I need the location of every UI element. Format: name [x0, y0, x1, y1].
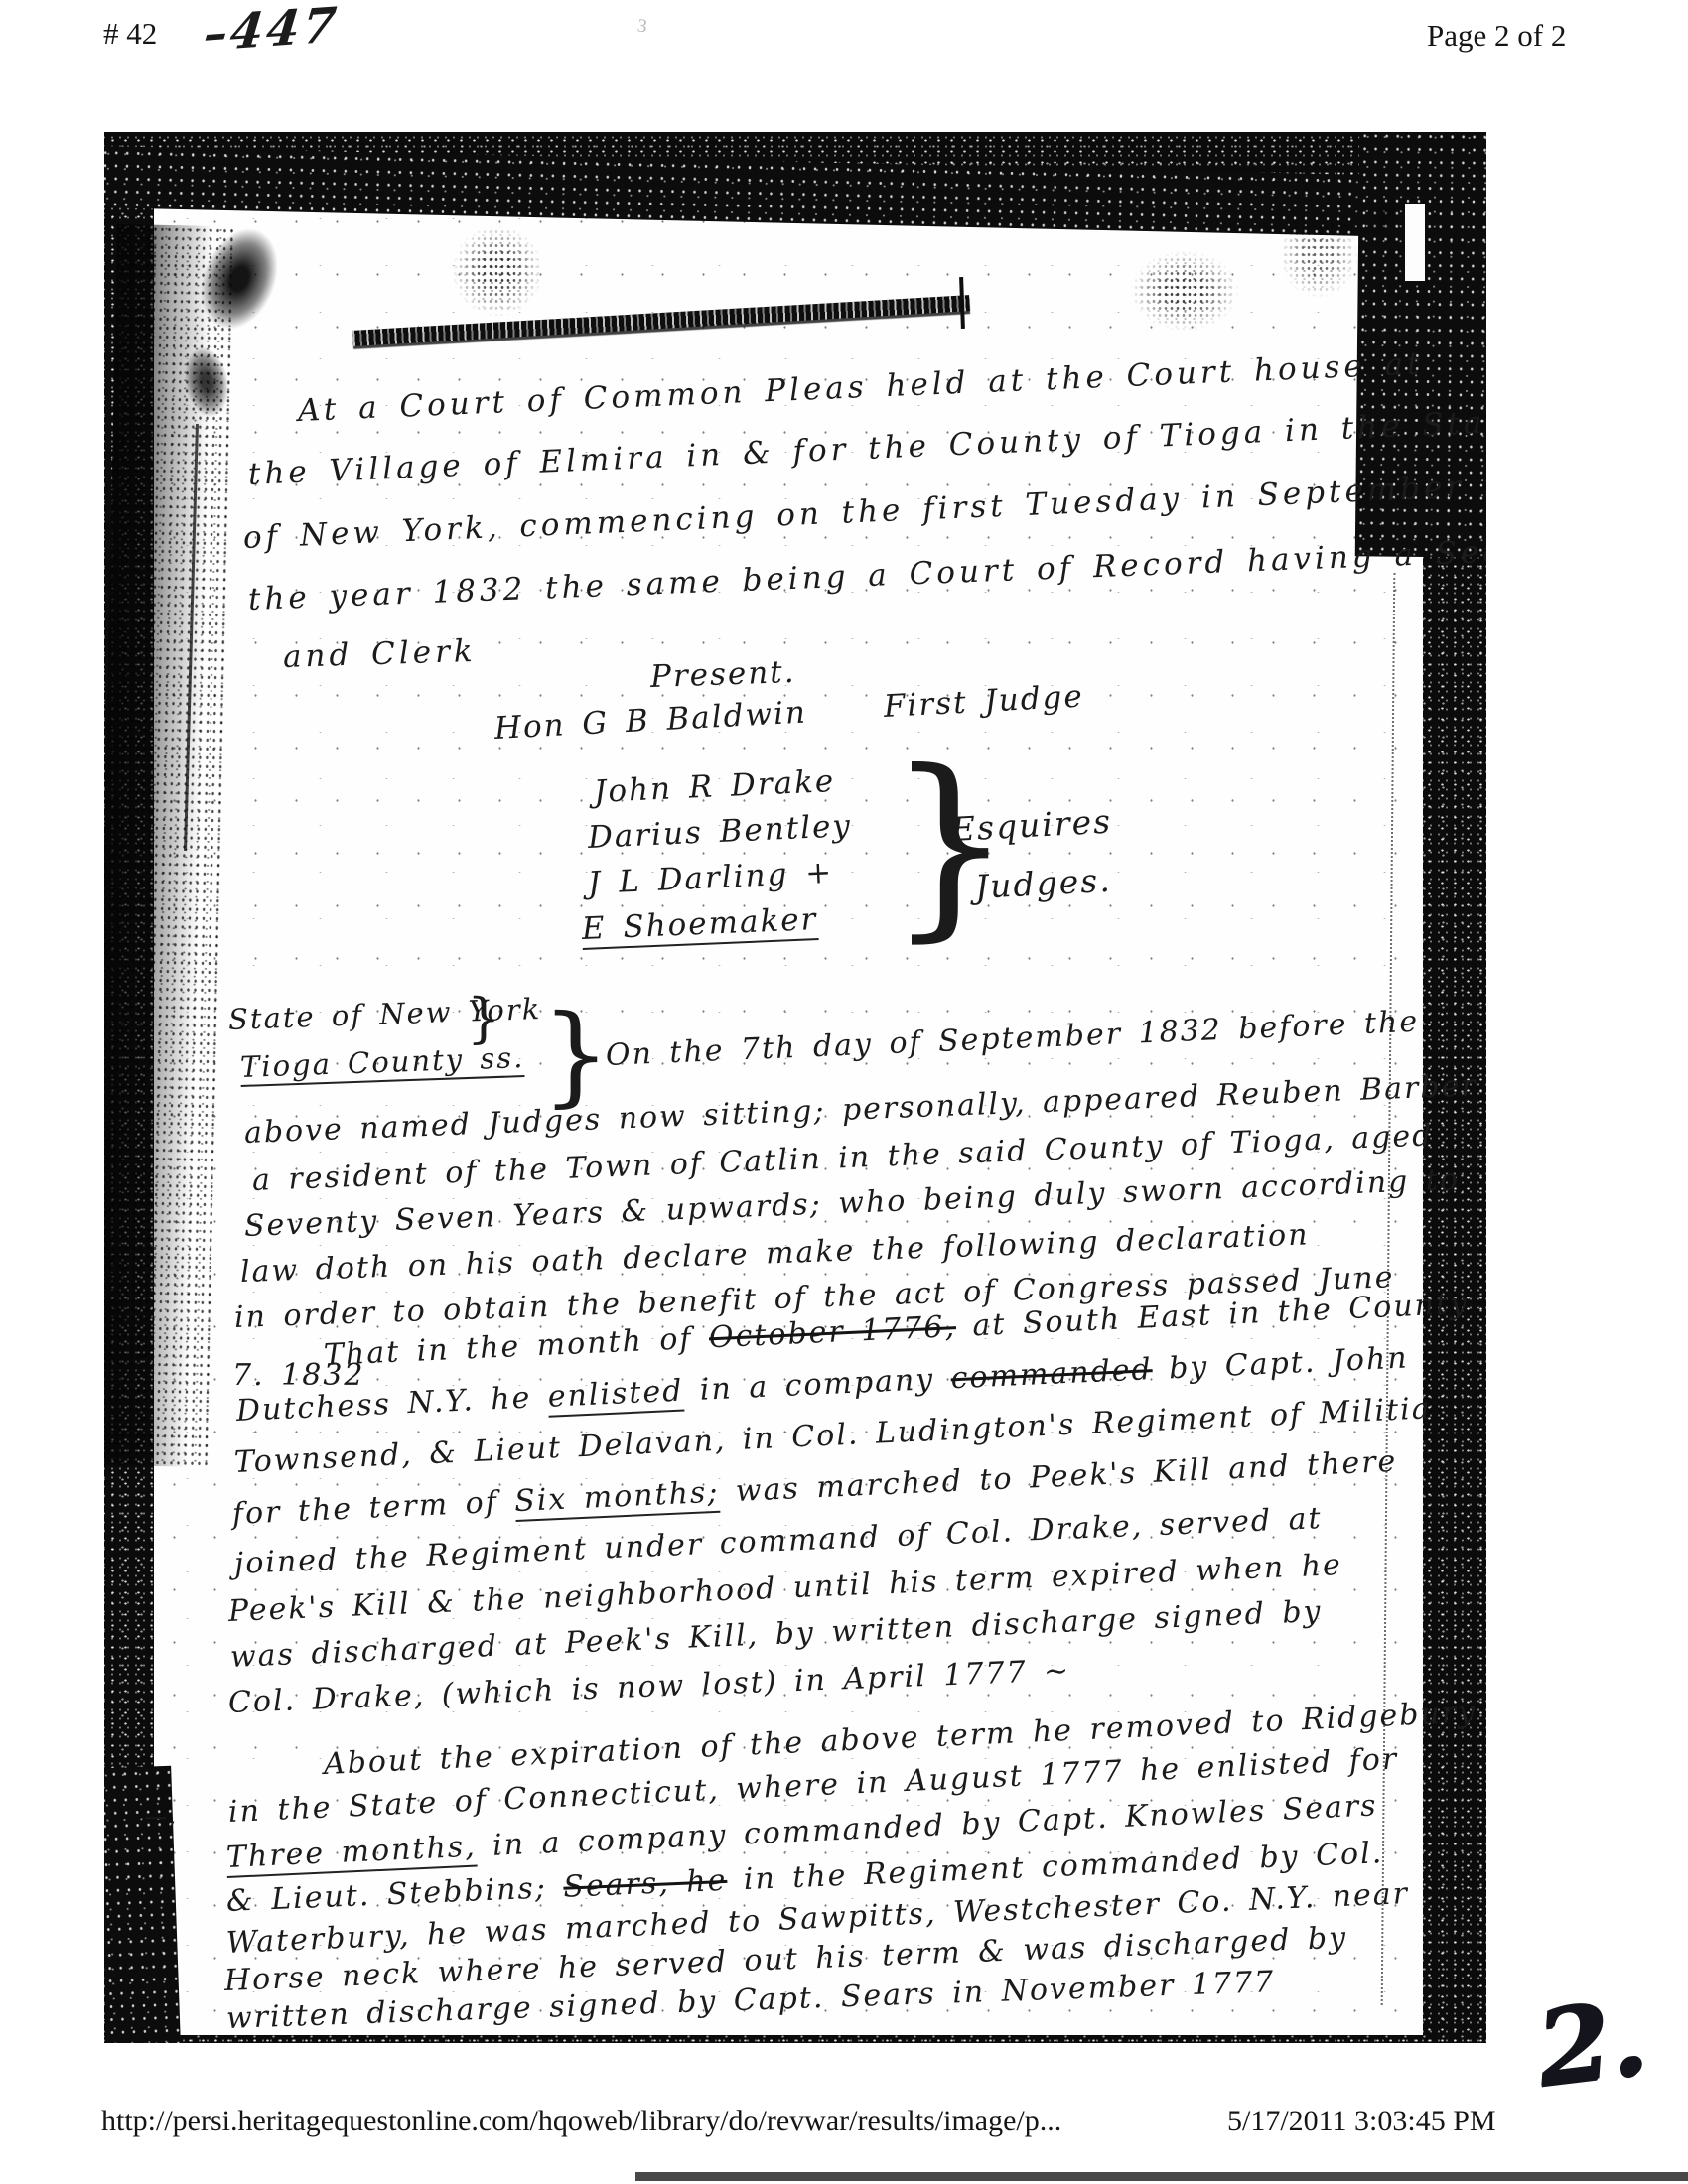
line-declaration-1: On the 7th day of September 1832 before …	[605, 1005, 1420, 1073]
line-judge-baldwin: Hon G B Baldwin	[493, 695, 808, 747]
line-judge-drake: John R Drake	[593, 763, 836, 810]
line-first-judge: First Judge	[883, 678, 1084, 725]
tape-bar-tick	[959, 277, 965, 329]
scan-edge-strip	[635, 2172, 1688, 2181]
line-judge-bentley: Darius Bentley	[587, 808, 852, 856]
line-esquires: Esquires	[950, 802, 1113, 849]
scan-corner-notch	[1405, 204, 1425, 281]
state-brace-large: }	[541, 1003, 611, 1107]
speckle-blob	[434, 207, 561, 335]
speckle-blob	[1264, 196, 1373, 315]
line-present: Present.	[649, 654, 796, 695]
margin-dash: —,	[145, 1805, 178, 1830]
scan-page: At a Court of Common Pleas held at the C…	[154, 196, 1423, 2035]
doc-number-annotation: –447	[201, 0, 342, 63]
faint-mark: 3	[636, 15, 648, 38]
hand-page-number: 2.	[1530, 1976, 1652, 2110]
line-judges-label: Judges.	[974, 861, 1113, 906]
line-opening-5: and Clerk	[282, 633, 477, 675]
line-judge-darling: J L Darling +	[587, 855, 834, 901]
footer-timestamp: 5/17/2011 3:03:45 PM	[1227, 2105, 1496, 2138]
state-brace-small: }	[467, 993, 500, 1043]
line-tioga-county: Tioga County ss.	[239, 1040, 524, 1084]
line-judge-shoemaker: E Shoemaker	[581, 901, 818, 947]
scan-frame: At a Court of Common Pleas held at the C…	[104, 132, 1486, 2043]
page-indicator: Page 2 of 2	[1427, 18, 1566, 54]
doc-number: # 42	[103, 16, 157, 52]
footer-url: http://persi.heritagequestonline.com/hqo…	[101, 2105, 1061, 2138]
speckle-blob	[1109, 235, 1260, 346]
